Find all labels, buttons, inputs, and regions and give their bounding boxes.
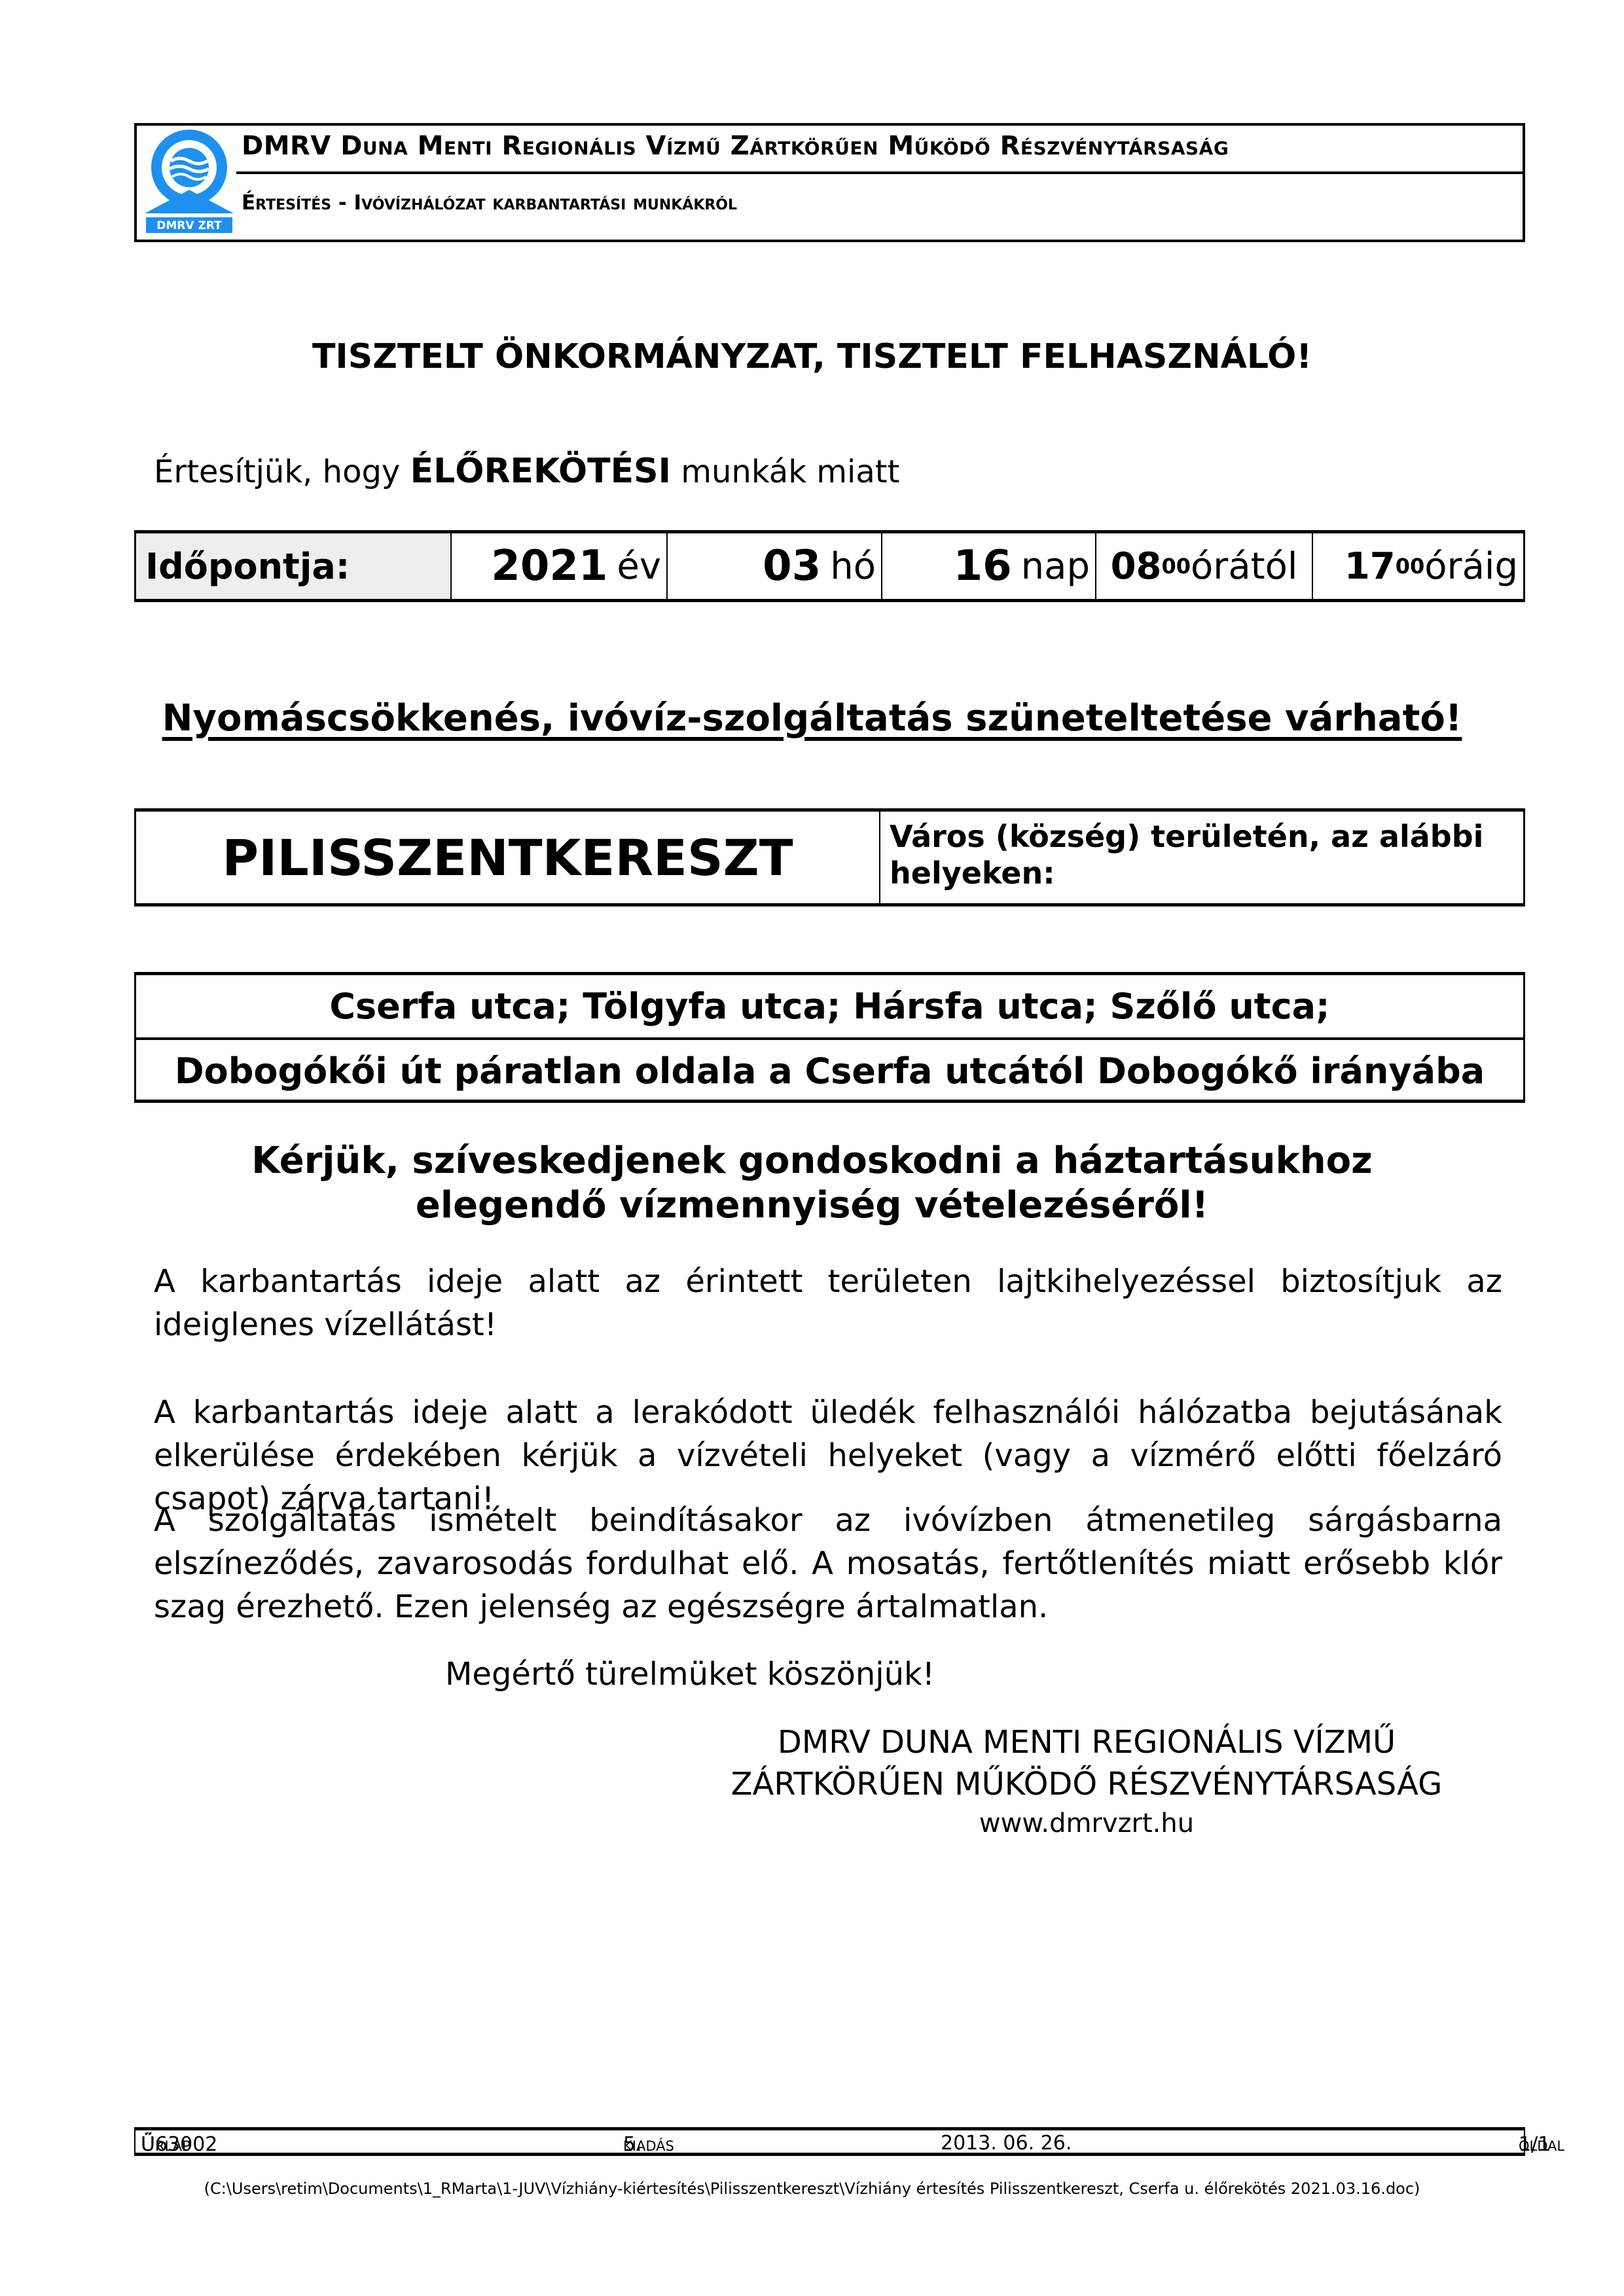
subtitle-text: Ivóvízhálózat karbantartási munkákról xyxy=(354,191,738,215)
end-hour: 17 xyxy=(1344,545,1396,588)
file-path: (C:\Users\retim\Documents\1_RMarta\1-JUV… xyxy=(0,2179,1624,2198)
intro-before: Értesítjük, hogy xyxy=(154,454,410,490)
svg-text:DMRV ZRT: DMRV ZRT xyxy=(156,219,222,232)
town-name: PILISSZENTKERESZT xyxy=(136,812,880,903)
document-header: DMRV ZRT DMRV Duna Menti Regionális Vízm… xyxy=(134,123,1525,242)
company-title: DMRV Duna Menti Regionális Vízmű Zártkör… xyxy=(242,131,1229,161)
thanks-text: Megértő türelmüket köszönjük! xyxy=(445,1656,935,1693)
form-date: 2013. 06. 26. xyxy=(941,2132,1072,2155)
schedule-end: 1700óráig xyxy=(1313,533,1523,599)
end-unit: óráig xyxy=(1424,545,1518,588)
signature-block: DMRV DUNA MENTI REGIONÁLIS VÍZMŰ ZÁRTKÖR… xyxy=(700,1721,1473,1842)
notice-subtitle: Értesítés - Ivóvízhálózat karbantartási … xyxy=(242,191,737,215)
warning-heading: Nyomáscsökkenés, ivóvíz-szolgáltatás szü… xyxy=(0,697,1624,740)
schedule-label: Időpontja: xyxy=(136,533,452,599)
day-unit: nap xyxy=(1021,545,1090,588)
edition-label: kiadás xyxy=(623,2133,674,2156)
website-link[interactable]: www.dmrvzrt.hu xyxy=(700,1805,1473,1842)
request-line: Kérjük, szíveskedjenek gondoskodni a ház… xyxy=(0,1139,1624,1183)
intro-after: munkák miatt xyxy=(671,454,899,490)
request-message: Kérjük, szíveskedjenek gondoskodni a ház… xyxy=(0,1139,1624,1228)
start-hour: 08 xyxy=(1111,545,1162,588)
dmrv-logo-icon: DMRV ZRT xyxy=(143,130,235,234)
subtitle-prefix: Értesítés - xyxy=(242,191,354,215)
location-table: PILISSZENTKERESZT Város (község) terület… xyxy=(134,808,1525,906)
schedule-table: Időpontja: 2021év 03hó 16nap 0800órától … xyxy=(134,530,1525,602)
form-footer: Ü63002 Űrlap 5. kiadás 2013. 06. 26. 1/1… xyxy=(134,2127,1525,2156)
schedule-month: 03hó xyxy=(668,533,882,599)
location-description: Város (község) területén, az alábbi hely… xyxy=(880,812,1523,903)
month-value: 03 xyxy=(763,542,821,590)
year-value: 2021 xyxy=(491,542,607,590)
schedule-year: 2021év xyxy=(452,533,668,599)
paragraph-discoloration: A szolgáltatás ismételt beindításakor az… xyxy=(154,1499,1502,1628)
street-row: Dobogókői út páratlan oldala a Cserfa ut… xyxy=(136,1037,1523,1102)
year-unit: év xyxy=(617,545,661,588)
day-value: 16 xyxy=(954,542,1012,590)
signature-line: DMRV DUNA MENTI REGIONÁLIS VÍZMŰ xyxy=(700,1721,1473,1763)
start-unit: órától xyxy=(1191,545,1297,588)
streets-table: Cserfa utca; Tölgyfa utca; Hársfa utca; … xyxy=(134,972,1525,1103)
page-number-label: oldal xyxy=(1519,2133,1564,2156)
signature-line: ZÁRTKÖRŰEN MŰKÖDŐ RÉSZVÉNYTÁRSASÁG xyxy=(700,1763,1473,1805)
work-type: ÉLŐREKÖTÉSI xyxy=(410,452,671,491)
intro-line: Értesítjük, hogy ÉLŐREKÖTÉSI munkák miat… xyxy=(154,452,899,491)
schedule-day: 16nap xyxy=(882,533,1096,599)
greeting-heading: TISZTELT ÖNKORMÁNYZAT, TISZTELT FELHASZN… xyxy=(0,337,1624,376)
form-code-label: Űrlap xyxy=(141,2133,190,2156)
schedule-start: 0800órától xyxy=(1096,533,1313,599)
month-unit: hó xyxy=(830,545,876,588)
header-divider xyxy=(236,171,1523,174)
paragraph-water-supply: A karbantartás ideje alatt az érintett t… xyxy=(154,1260,1502,1346)
street-row: Cserfa utca; Tölgyfa utca; Hársfa utca; … xyxy=(136,975,1523,1037)
request-line: elegendő vízmennyiség vételezéséről! xyxy=(0,1183,1624,1228)
